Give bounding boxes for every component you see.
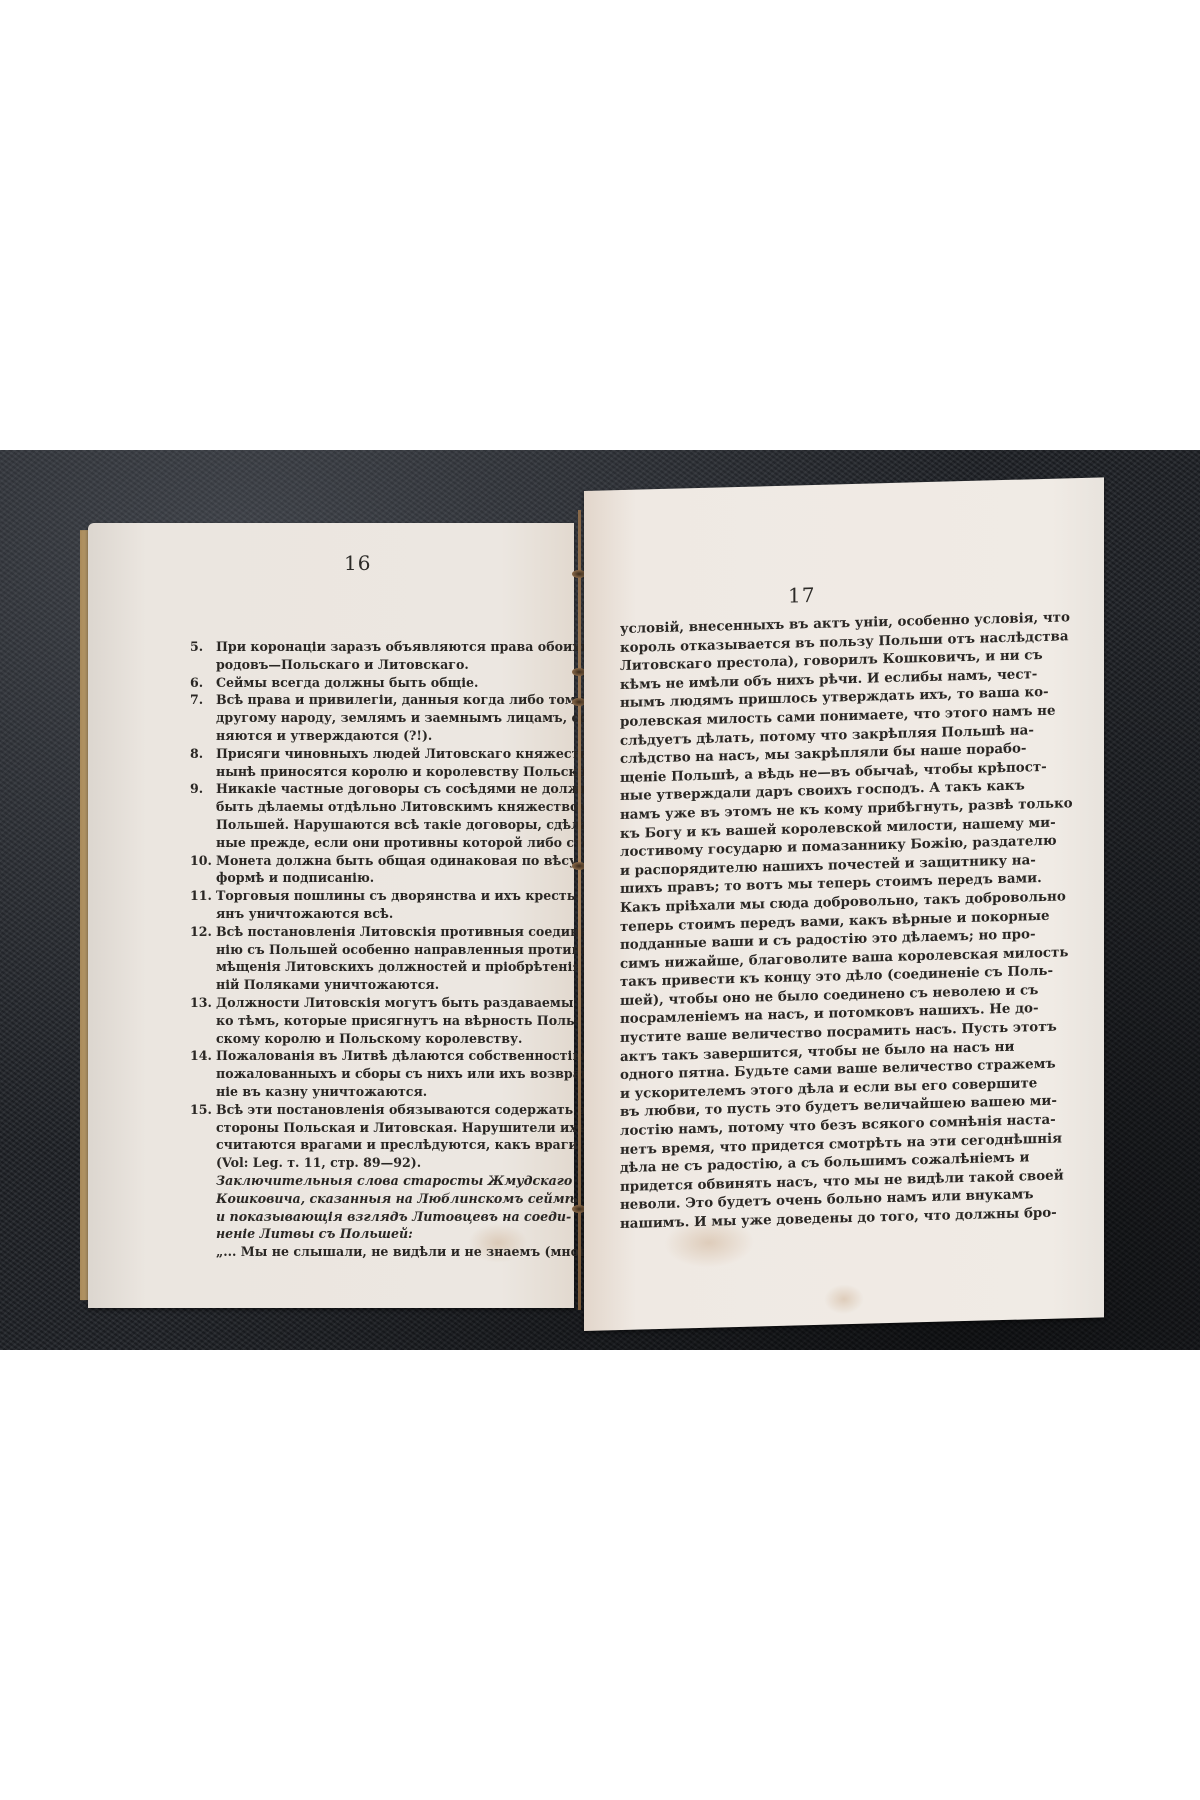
numbered-item: 15.Всѣ эти постановленія обязываются сод… bbox=[190, 1101, 562, 1172]
numbered-item: 8.Присяги чиновныхъ людей Литовскаго кня… bbox=[190, 745, 562, 781]
item-first-line: 10.Монета должна быть общая одинаковая п… bbox=[190, 852, 562, 870]
item-continuation-line: мѣщенія Литовскихъ должностей и пріобрѣт… bbox=[190, 958, 562, 976]
item-continuation-line: няются и утверждаются (?!). bbox=[190, 727, 562, 745]
item-continuation-line: стороны Польская и Литовская. Нарушители… bbox=[190, 1119, 562, 1137]
item-first-line: 8.Присяги чиновныхъ людей Литовскаго кня… bbox=[190, 745, 562, 763]
item-continuation-line: ній Поляками уничтожаются. bbox=[190, 976, 562, 994]
item-number: 13. bbox=[190, 994, 216, 1012]
book-photo: 16 5.При коронаціи заразъ объявляются пр… bbox=[0, 450, 1200, 1350]
numbered-item: 12.Всѣ постановленія Литовскія противныя… bbox=[190, 923, 562, 994]
item-first-line: 15.Всѣ эти постановленія обязываются сод… bbox=[190, 1101, 562, 1119]
item-continuation-line: (Vol: Leg. т. 11, стр. 89—92). bbox=[190, 1154, 562, 1172]
item-number: 6. bbox=[190, 674, 216, 692]
item-continuation-line: быть дѣлаемы отдѣльно Литовскимъ княжест… bbox=[190, 798, 562, 816]
item-continuation-line: нынѣ приносятся королю и королевству Пол… bbox=[190, 763, 562, 781]
item-continuation-line: ко тѣмъ, которые присягнутъ на вѣрность … bbox=[190, 1012, 562, 1030]
item-number: 9. bbox=[190, 780, 216, 798]
left-page-text: 5.При коронаціи заразъ объявляются права… bbox=[190, 638, 562, 1261]
item-continuation-line: пожалованныхъ и сборы съ нихъ или ихъ во… bbox=[190, 1065, 562, 1083]
item-continuation-line: нію съ Польшей особенно направленныя про… bbox=[190, 941, 562, 959]
right-page-text: условій, внесенныхъ въ актъ уніи, особен… bbox=[620, 609, 1045, 1234]
item-continuation-line: считаются врагами и преслѣдуются, какъ в… bbox=[190, 1136, 562, 1154]
numbered-item: 9.Никакіе частные договоры съ сосѣдями н… bbox=[190, 780, 562, 851]
item-first-line: 9.Никакіе частные договоры съ сосѣдями н… bbox=[190, 780, 562, 798]
item-number: 10. bbox=[190, 852, 216, 870]
item-first-line: 5.При коронаціи заразъ объявляются права… bbox=[190, 638, 562, 656]
italic-heading-line: Заключительныя слова старосты Жмудскаго bbox=[190, 1172, 562, 1190]
item-first-line: 6.Сеймы всегда должны быть общіе. bbox=[190, 674, 562, 692]
paper-stain bbox=[824, 1284, 864, 1315]
item-continuation-line: родовъ—Польскаго и Литовскаго. bbox=[190, 656, 562, 674]
item-continuation-line: другому народу, землямъ и заемнымъ лицам… bbox=[190, 709, 562, 727]
book-spine bbox=[578, 510, 581, 1310]
item-number: 12. bbox=[190, 923, 216, 941]
numbered-item: 7.Всѣ права и привилегіи, данныя когда л… bbox=[190, 691, 562, 744]
quote-start-line: „... Мы не слышали, не видѣли и не знаем… bbox=[190, 1243, 562, 1261]
numbered-item: 11.Торговыя пошлины съ дворянства и ихъ … bbox=[190, 887, 562, 923]
numbered-item: 5.При коронаціи заразъ объявляются права… bbox=[190, 638, 562, 674]
numbered-item: 6.Сеймы всегда должны быть общіе. bbox=[190, 674, 562, 692]
item-first-line: 11.Торговыя пошлины съ дворянства и ихъ … bbox=[190, 887, 562, 905]
item-continuation-line: Польшей. Нарушаются всѣ такіе договоры, … bbox=[190, 816, 562, 834]
page-number-left: 16 bbox=[344, 551, 371, 575]
item-continuation-line: ніе въ казну уничтожаются. bbox=[190, 1083, 562, 1101]
item-first-line: 14.Пожалованія въ Литвѣ дѣлаются собстве… bbox=[190, 1047, 562, 1065]
item-continuation-line: формѣ и подписанію. bbox=[190, 869, 562, 887]
item-first-line: 12.Всѣ постановленія Литовскія противныя… bbox=[190, 923, 562, 941]
item-number: 5. bbox=[190, 638, 216, 656]
item-number: 11. bbox=[190, 887, 216, 905]
item-first-line: 13.Должности Литовскія могутъ быть разда… bbox=[190, 994, 562, 1012]
item-number: 8. bbox=[190, 745, 216, 763]
italic-heading-line: Кошковича, сказанныя на Люблинскомъ сейм… bbox=[190, 1190, 562, 1208]
numbered-item: 13.Должности Литовскія могутъ быть разда… bbox=[190, 994, 562, 1047]
item-first-line: 7.Всѣ права и привилегіи, данныя когда л… bbox=[190, 691, 562, 709]
item-continuation-line: скому королю и Польскому королевству. bbox=[190, 1030, 562, 1048]
left-page: 16 5.При коронаціи заразъ объявляются пр… bbox=[88, 523, 574, 1308]
numbered-item: 14.Пожалованія въ Литвѣ дѣлаются собстве… bbox=[190, 1047, 562, 1100]
italic-heading-line: и показывающія взглядъ Литовцевъ на соед… bbox=[190, 1208, 562, 1226]
item-number: 14. bbox=[190, 1047, 216, 1065]
page-number-right: 17 bbox=[788, 583, 815, 608]
italic-heading-line: неніе Литвы съ Польшей: bbox=[190, 1225, 562, 1243]
numbered-item: 10.Монета должна быть общая одинаковая п… bbox=[190, 852, 562, 888]
item-number: 15. bbox=[190, 1101, 216, 1119]
item-continuation-line: янъ уничтожаются всѣ. bbox=[190, 905, 562, 923]
item-continuation-line: ные прежде, если они противны которой ли… bbox=[190, 834, 562, 852]
item-number: 7. bbox=[190, 691, 216, 709]
right-page: 17 условій, внесенныхъ въ актъ уніи, осо… bbox=[584, 477, 1104, 1331]
